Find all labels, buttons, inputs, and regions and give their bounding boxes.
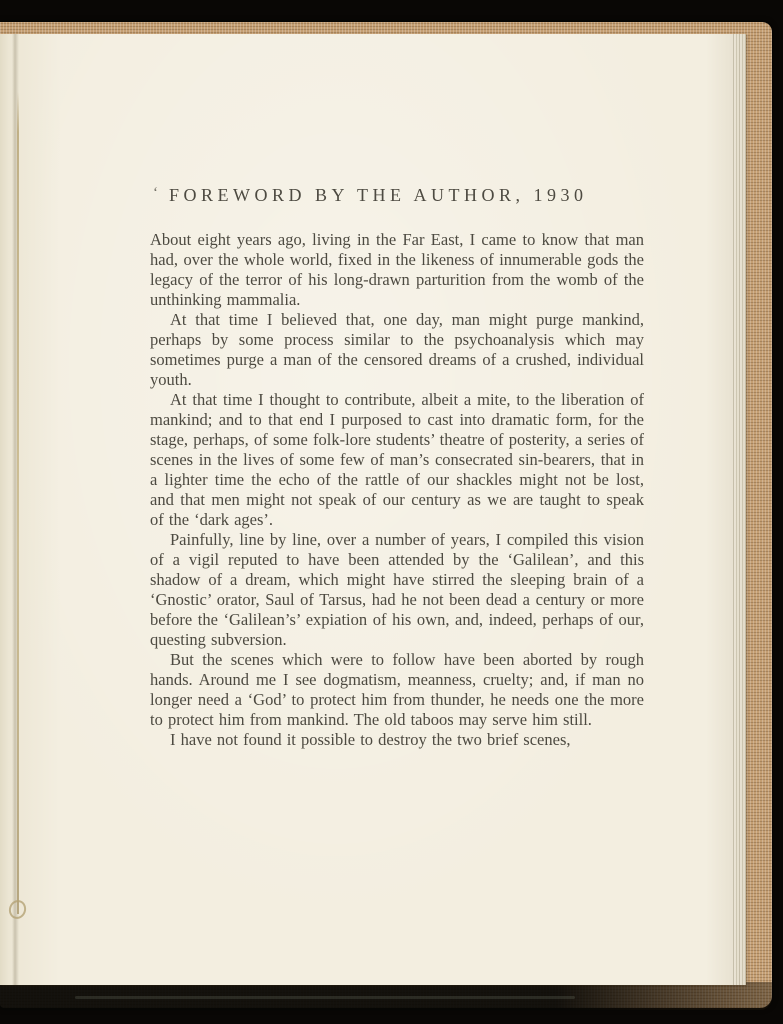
foreword-paragraph-6: I have not found it possible to destroy … [150,730,644,750]
fore-edge-shading [706,34,746,985]
foreword-paragraph-5: But the scenes which were to follow have… [150,650,644,730]
foreword-paragraph-1: About eight years ago, living in the Far… [150,230,644,310]
foreword-paragraph-2: At that time I believed that, one day, m… [150,310,644,390]
gutter-shading [0,34,70,985]
heading-mark: ‘ [153,184,158,202]
title-row: ‘ FOREWORD BY THE AUTHOR, 1930 [150,184,644,206]
book-page: ‘ FOREWORD BY THE AUTHOR, 1930 About eig… [0,34,746,985]
book-photo: ‘ FOREWORD BY THE AUTHOR, 1930 About eig… [0,0,783,1024]
binding-thread [17,92,19,914]
cover-bottom-highlight [75,996,575,999]
foreword-paragraph-3: At that time I thought to contribute, al… [150,390,644,530]
foreword-paragraph-4: Painfully, line by line, over a number o… [150,530,644,650]
page-title: FOREWORD BY THE AUTHOR, 1930 [169,184,588,206]
text-block: ‘ FOREWORD BY THE AUTHOR, 1930 About eig… [150,184,644,750]
